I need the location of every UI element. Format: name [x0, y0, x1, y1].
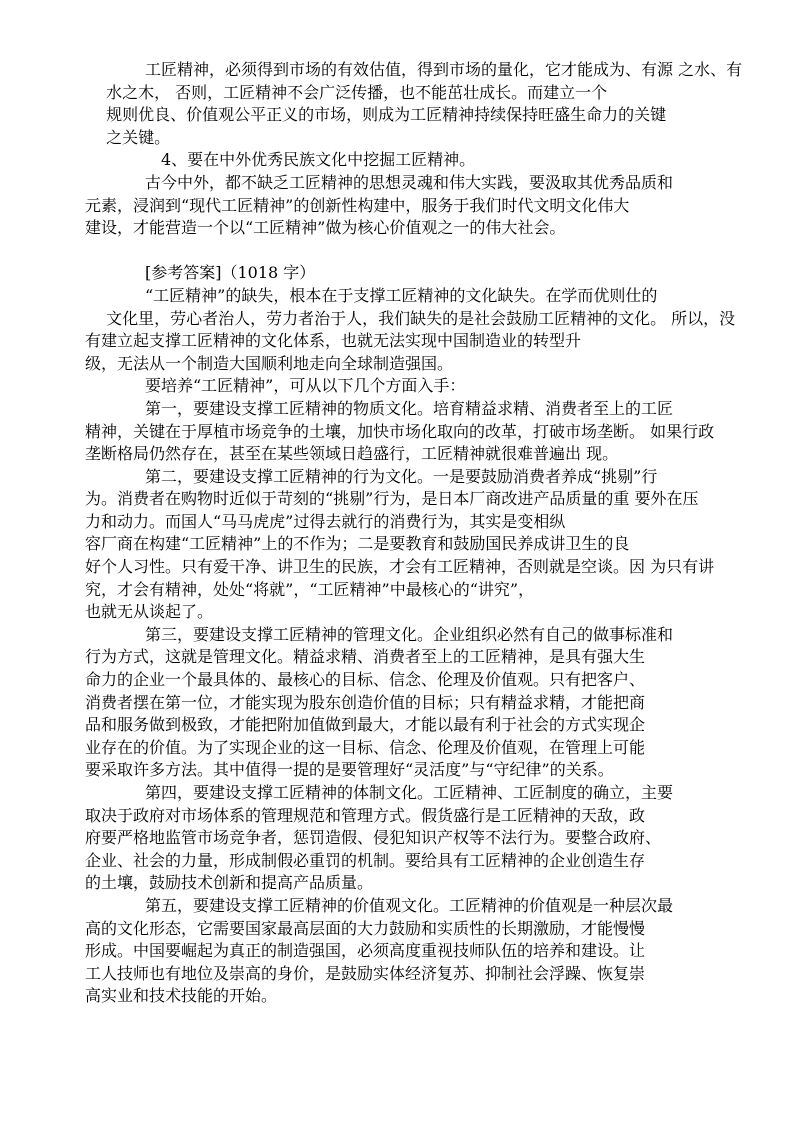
- text-line: 文化里，劳心者治人，劳力者治于人，我们缺失的是社会鼓励工匠精神的文化。 所以，没: [85, 308, 765, 331]
- text-line: 也就无从谈起了。: [85, 601, 765, 624]
- text-line: 精神，关键在于厚植市场竞争的土壤，加快市场化取向的改革，打破市场垄断。 如果行政: [85, 421, 765, 444]
- blank-line: [85, 240, 765, 263]
- text-line: 究，才会有精神，处处“将就”，“工匠精神”中最核心的“讲究”，: [85, 579, 765, 602]
- text-line: 垄断格局仍然存在，甚至在某些领域日趋盛行，工匠精神就很难普遍出 现。: [85, 443, 765, 466]
- text-line: 有建立起支撑工匠精神的文化体系，也就无法实现中国制造业的转型升: [85, 330, 765, 353]
- text-line: 业存在的价值。为了实现企业的这一目标、信念、伦理及价值观，在管理上可能: [85, 737, 765, 760]
- text-line: 行为方式，这就是管理文化。精益求精、消费者至上的工匠精神，是具有强大生: [85, 646, 765, 669]
- document-page: 工匠精神，必须得到市场的有效估值，得到市场的量化，它才能成为、有源 之水、有 水…: [0, 0, 794, 1122]
- text-line: 力和动力。而国人“马马虎虎”过得去就行的消费行为，其实是变相纵: [85, 511, 765, 534]
- text-line: [参考答案]（1018 字）: [85, 262, 765, 285]
- text-line: 容厂商在构建“工匠精神”上的不作为；二是要教育和鼓励国民养成讲卫生的良: [85, 533, 765, 556]
- text-line: 建设，才能营造一个以“工匠精神”做为核心价值观之一的伟大社会。: [85, 217, 765, 240]
- text-line: 形成。中国要崛起为真正的制造强国，必须高度重视技师队伍的培养和建设。让: [85, 940, 765, 963]
- text-line: 品和服务做到极致，才能把附加值做到最大，才能以最有利于社会的方式实现企: [85, 714, 765, 737]
- text-line: 为。消费者在购物时近似于苛刻的“挑剔”行为，是日本厂商改进产品质量的重 要外在压: [85, 488, 765, 511]
- text-line: 要培养“工匠精神”，可从以下几个方面入手：: [85, 375, 765, 398]
- text-line: 第四，要建设支撑工匠精神的体制文化。工匠精神、工匠制度的确立，主要: [85, 782, 765, 805]
- text-line: 古今中外，都不缺乏工匠精神的思想灵魂和伟大实践，要汲取其优秀品质和: [85, 172, 765, 195]
- text-line: 第五，要建设支撑工匠精神的价值观文化。工匠精神的价值观是一种层次最: [85, 895, 765, 918]
- text-line: 命力的企业一个最具体的、最核心的目标、信念、伦理及价值观。只有把客户、: [85, 669, 765, 692]
- text-line: 企业、社会的力量，形成制假必重罚的机制。要给具有工匠精神的企业创造生存: [85, 850, 765, 873]
- text-line: 好个人习性。只有爱干净、讲卫生的民族，才会有工匠精神，否则就是空谈。因 为只有讲: [85, 556, 765, 579]
- text-line: 第二，要建设支撑工匠精神的行为文化。一是要鼓励消费者养成“挑剔”行: [85, 466, 765, 489]
- text-line: 要采取许多方法。其中值得一提的是要管理好“灵活度”与“守纪律”的关系。: [85, 759, 765, 782]
- text-line: “工匠精神”的缺失，根本在于支撑工匠精神的文化缺失。在学而优则仕的: [85, 285, 765, 308]
- text-line: 规则优良、价值观公平正义的市场，则成为工匠精神持续保持旺盛生命力的关键: [85, 104, 765, 127]
- text-line: 高实业和技术技能的开始。: [85, 985, 765, 1008]
- text-line: 第三，要建设支撑工匠精神的管理文化。企业组织必然有自己的做事标准和: [85, 624, 765, 647]
- text-line: 4、要在中外优秀民族文化中挖掘工匠精神。: [85, 149, 765, 172]
- document-text: 工匠精神，必须得到市场的有效估值，得到市场的量化，它才能成为、有源 之水、有 水…: [85, 59, 765, 1008]
- text-line: 取决于政府对市场体系的管理规范和管理方式。假货盛行是工匠精神的天敌，政: [85, 805, 765, 828]
- text-line: 府要严格地监管市场竞争者，惩罚造假、侵犯知识产权等不法行为。要整合政府、: [85, 827, 765, 850]
- text-line: 之关键。: [85, 127, 765, 150]
- text-line: 第一，要建设支撑工匠精神的物质文化。培育精益求精、消费者至上的工匠: [85, 398, 765, 421]
- text-line: 的土壤，鼓励技术创新和提高产品质量。: [85, 872, 765, 895]
- text-line: 高的文化形态，它需要国家最高层面的大力鼓励和实质性的长期激励，才能慢慢: [85, 918, 765, 941]
- text-line: 元素，浸润到“现代工匠精神”的创新性构建中，服务于我们时代文明文化伟大: [85, 195, 765, 218]
- text-line: 工匠精神，必须得到市场的有效估值，得到市场的量化，它才能成为、有源 之水、有: [85, 59, 765, 82]
- text-line: 级，无法从一个制造大国顺利地走向全球制造强国。: [85, 353, 765, 376]
- text-line: 水之木， 否则，工匠精神不会广泛传播，也不能茁壮成长。而建立一个: [85, 82, 765, 105]
- text-line: 消费者摆在第一位，才能实现为股东创造价值的目标；只有精益求精，才能把商: [85, 692, 765, 715]
- text-line: 工人技师也有地位及崇高的身价，是鼓励实体经济复苏、抑制社会浮躁、恢复崇: [85, 963, 765, 986]
